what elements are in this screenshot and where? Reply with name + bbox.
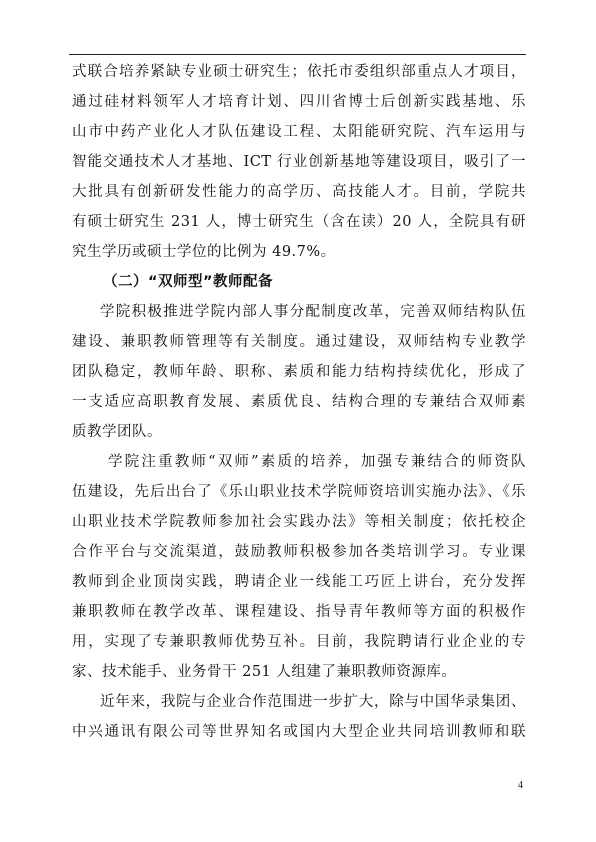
section-heading: （二）“双师型”教师配备 (103, 267, 273, 297)
text-line: 大批具有创新研发性能力的高学历、高技能人才。目前，学院共 (72, 177, 526, 207)
header-rule (69, 54, 526, 55)
text-line: 一支适应高职教育发展、素质优良、结构合理的专兼结合双师素 (72, 387, 526, 417)
text-line: 有硕士研究生 231 人，博士研究生（含在读）20 人，全院具有研 (72, 207, 526, 237)
text-line: 式联合培养紧缺专业硕士研究生；依托市委组织部重点人才项目， (72, 57, 526, 87)
text-line: 伍建设，先后出台了《乐山职业技术学院师资培训实施办法》、《乐 (72, 477, 526, 507)
text-line: 究生学历或硕士学位的比例为 49.7%。 (72, 237, 526, 267)
text-line: 合作平台与交流渠道，鼓励教师积极参加各类培训学习。专业课 (72, 537, 526, 567)
text-line: 通过硅材料领军人才培育计划、四川省博士后创新实践基地、乐 (72, 87, 526, 117)
text-line: 山职业技术学院教师参加社会实践办法》等相关制度；依托校企 (72, 507, 526, 537)
text-line: 兼职教师在教学改革、课程建设、指导青年教师等方面的积极作 (72, 597, 526, 627)
text-line: 山市中药产业化人才队伍建设工程、太阳能研究院、汽车运用与 (72, 117, 526, 147)
text-line: 智能交通技术人才基地、ICT 行业创新基地等建设项目，吸引了一 (72, 147, 526, 177)
text-line: 家、技术能手、业务骨干 251 人组建了兼职教师资源库。 (72, 657, 526, 687)
page-number: 4 (518, 780, 523, 791)
text-line: 学院积极推进学院内部人事分配制度改革，完善双师结构队伍 (100, 297, 526, 327)
text-line: 教师到企业顶岗实践，聘请企业一线能工巧匠上讲台，充分发挥 (72, 567, 526, 597)
text-line: 用，实现了专兼职教师优势互补。目前，我院聘请行业企业的专 (72, 627, 526, 657)
text-line: 建设、兼职教师管理等有关制度。通过建设，双师结构专业教学 (72, 327, 526, 357)
text-line: 近年来，我院与企业合作范围进一步扩大，除与中国华录集团、 (100, 687, 526, 717)
text-line: 中兴通讯有限公司等世界知名或国内大型企业共同培训教师和联 (72, 717, 526, 747)
text-line: 质教学团队。 (72, 417, 526, 447)
text-line: 团队稳定，教师年龄、职称、素质和能力结构持续优化，形成了 (72, 357, 526, 387)
text-line: 学院注重教师“双师”素质的培养，加强专兼结合的师资队 (108, 447, 526, 477)
